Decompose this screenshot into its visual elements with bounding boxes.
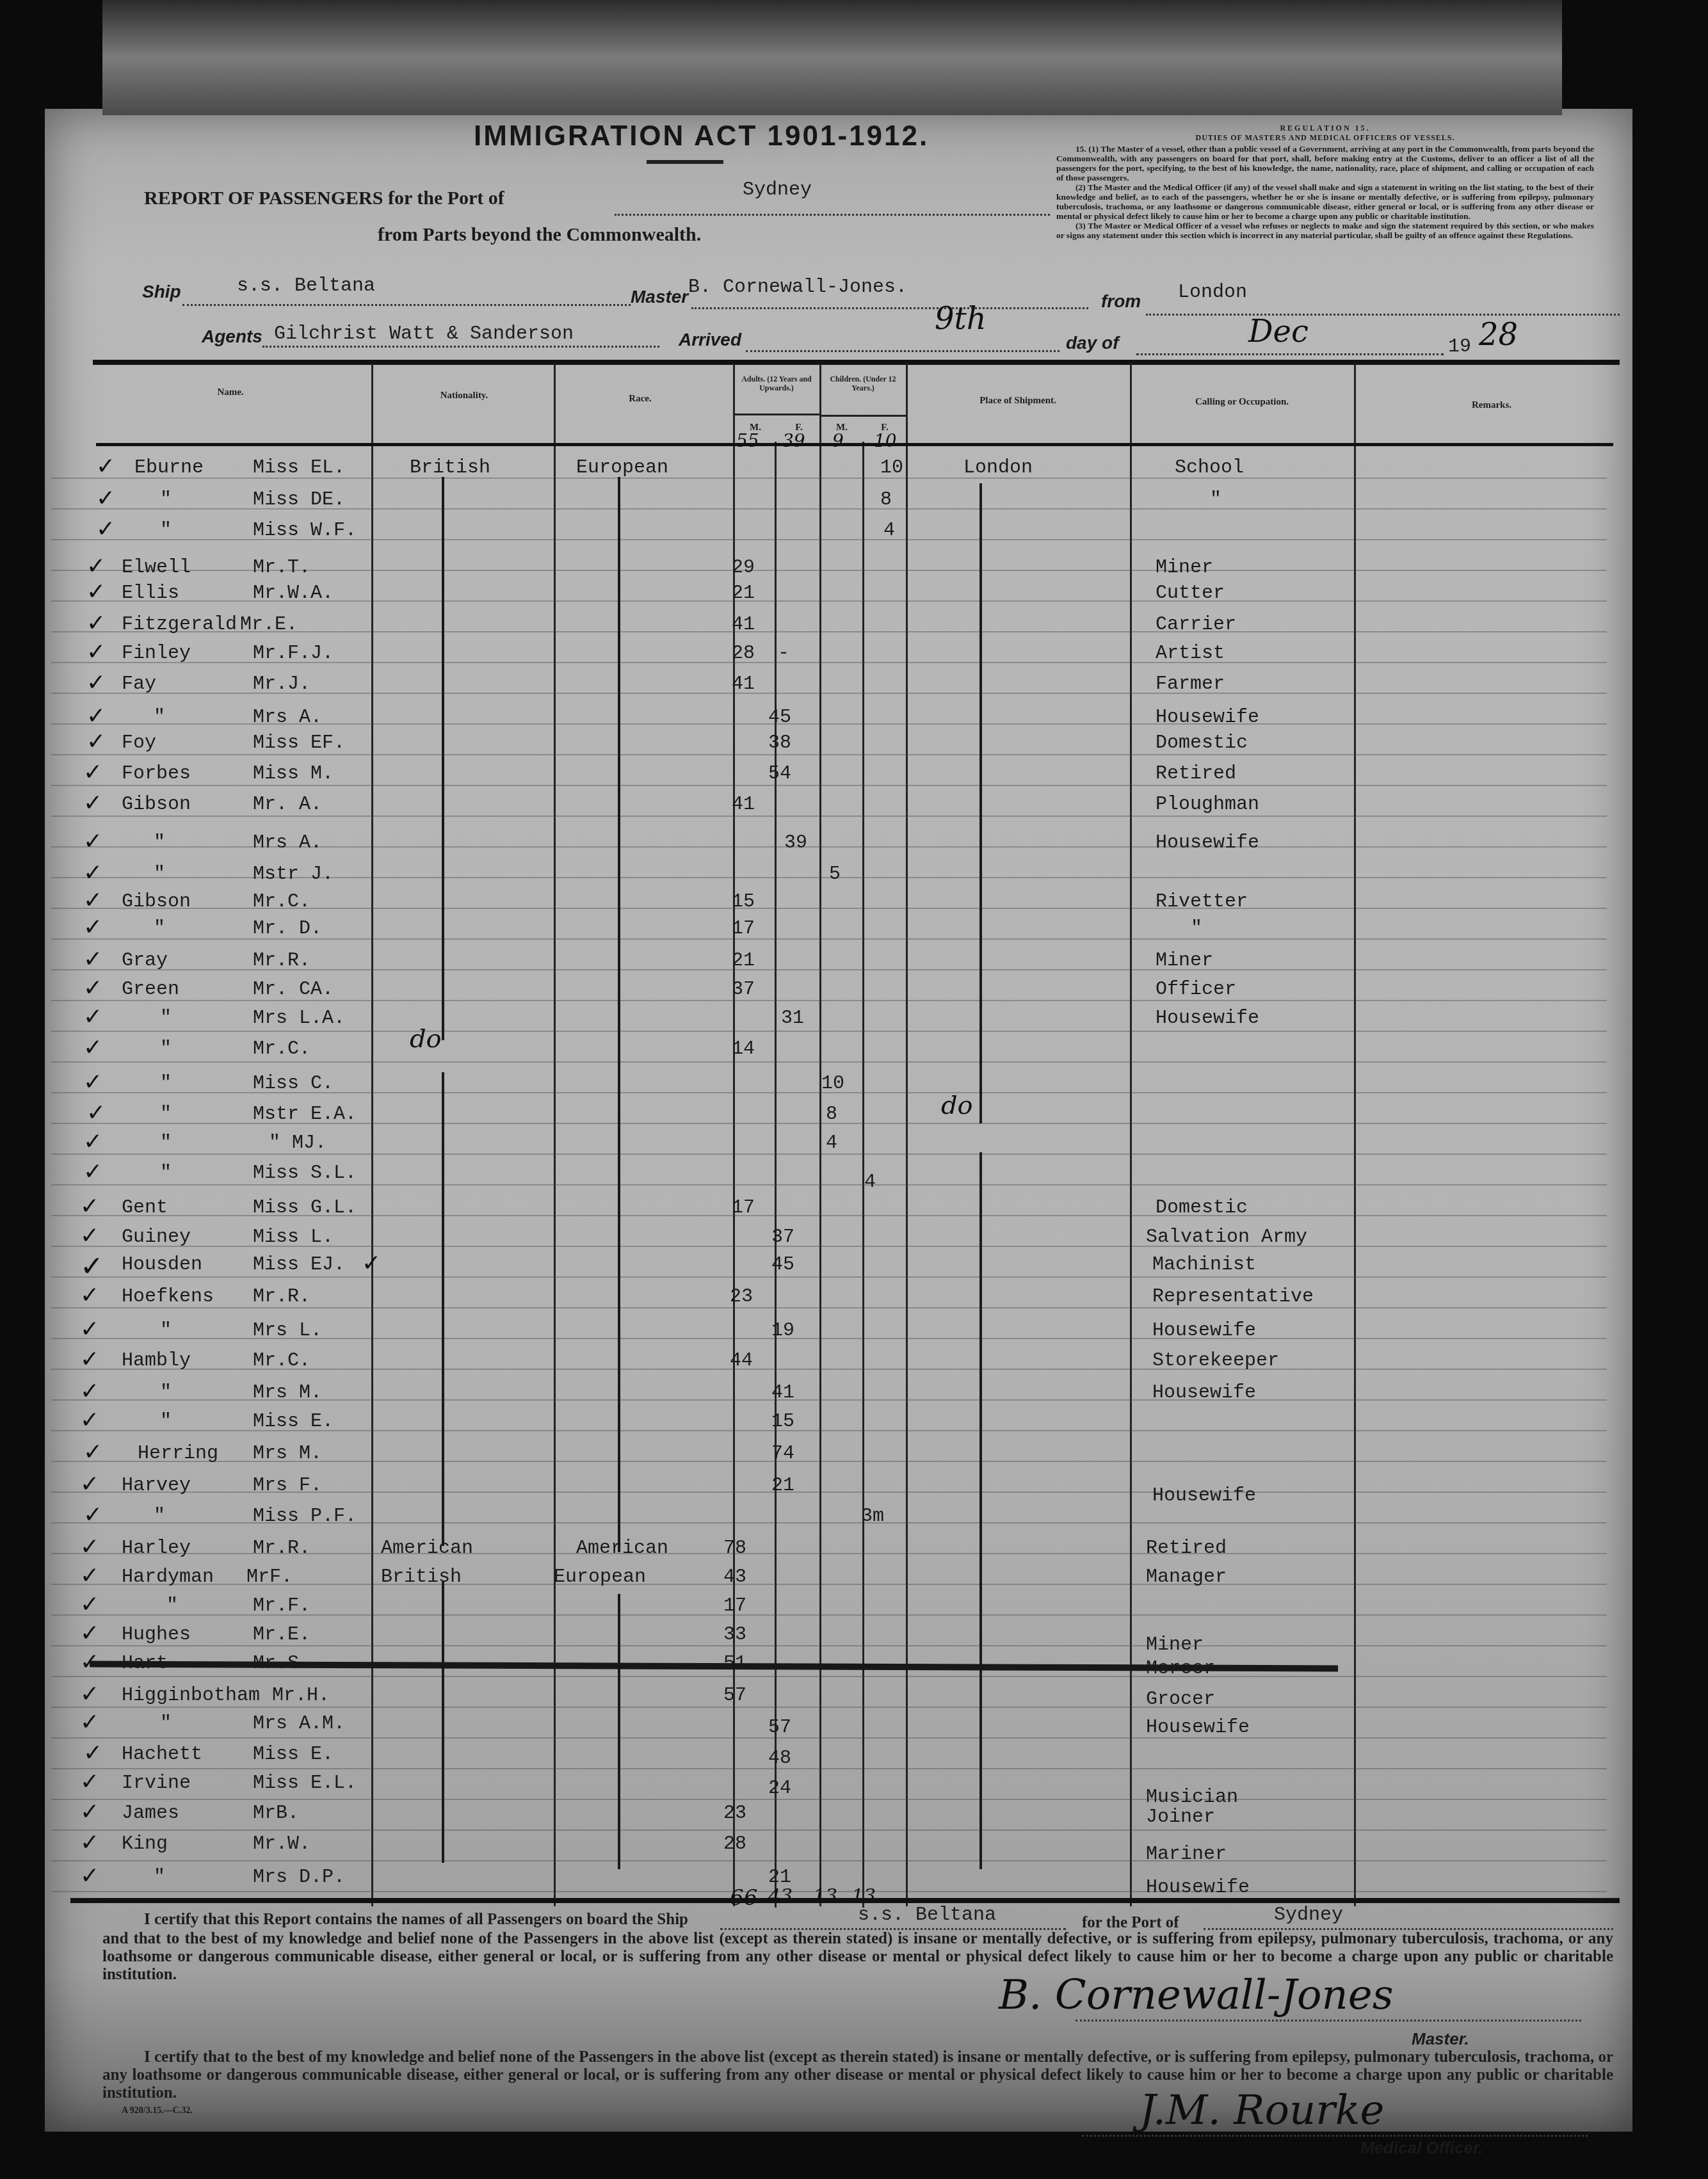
table-row: ✓GentMiss G.L.17Domestic [0,1194,1536,1225]
check-mark-icon: ✓ [80,1316,99,1342]
race: European [554,1566,646,1588]
nationality-ditto: do [410,1024,442,1054]
given-name: Mrs M. [253,1382,322,1404]
given-name: Miss DE. [253,489,345,511]
table-row: ✓HardymanMrF.BritishEuropean43Manager [0,1564,1536,1595]
surname: Higginbotham [122,1685,260,1707]
table-row: ✓EllisMr.W.A.21Cutter [0,580,1536,611]
occupation: Housewife [1156,832,1259,854]
check-mark-icon: ✓ [80,1378,99,1404]
occupation: Carrier [1156,614,1236,636]
adult-f: 31 [781,1008,804,1029]
table-row: ✓GibsonMr. A.41Ploughman [0,791,1536,822]
check-mark-icon: ✓ [86,639,106,665]
total-child-m: 13 [813,1885,837,1908]
table-row: ✓GibsonMr.C.15Rivetter [0,888,1536,919]
check-mark-icon: ✓ [80,1799,99,1825]
check-mark-icon: ✓ [86,553,106,579]
given-name: Mr.E. [253,1624,310,1646]
subheader-rule [96,443,1613,446]
table-bottom-rule [70,1898,1620,1903]
given-name: Mr.R. [253,950,310,972]
given-name: Mrs L. [253,1320,322,1342]
given-name: Mr.W.A. [253,583,334,604]
surname: " [160,1162,172,1184]
given-name: Mr. A. [253,794,322,816]
given-name: Mrs F. [253,1475,322,1497]
surname: " [166,1595,178,1617]
year-suffix: 28 [1479,317,1518,353]
check-mark-icon: ✓ [80,1709,99,1735]
table-row: ✓"Mr.F.17 [0,1593,1536,1623]
adult-m: 23 [723,1803,746,1824]
adult-m: 57 [723,1685,746,1707]
table-row: ✓FayMr.J.41Farmer [0,671,1536,702]
surname: Fay [122,673,156,695]
surname: " [160,1382,172,1404]
check-mark-icon: ✓ [86,728,106,755]
occupation: Housewife [1146,1877,1250,1899]
race: American [576,1538,668,1559]
given-name: Mstr E.A. [253,1104,357,1125]
occupation: Retired [1156,763,1236,785]
adult-m: 17 [732,918,755,940]
given-name: Mr. CA. [253,979,334,1001]
check-mark-icon: ✓ [83,1004,102,1030]
occupation: Salvation Army [1146,1226,1307,1248]
given-name: Mrs A. [253,832,322,854]
surname: Hardyman [122,1566,214,1588]
check-mark-icon: ✓ [80,1681,99,1707]
check-mark-icon: ✓ [80,1193,99,1219]
given-name: Miss E. [253,1744,334,1765]
table-row: ✓FitzgeraldMr.E.41Carrier [0,611,1536,642]
table-row: ✓HousdenMiss EJ.✓45Machinist [0,1251,1536,1282]
check-mark-icon: ✓ [83,1069,102,1095]
table-row: ✓IrvineMiss E.L.24Musician [0,1770,1536,1801]
table-row: ✓"Miss P.F.3m [0,1503,1536,1534]
occupation: Domestic [1156,732,1248,754]
surname: " [154,832,165,854]
surname: James [122,1803,179,1824]
total-adult-m: 66 [730,1885,757,1911]
surname: " [160,1320,172,1342]
regulation-box: REGULATION 15. DUTIES OF MASTERS AND MED… [1056,124,1594,240]
header-nationality: Nationality. [410,390,519,401]
occupation: Cutter [1156,583,1225,604]
race: European [576,457,668,479]
header-occupation: Calling or Occupation. [1159,397,1325,408]
adult-m: 41 [732,673,755,695]
occupation: Joiner [1146,1806,1215,1828]
surname: " [154,918,165,940]
surname: " [160,1008,172,1029]
surname: Gray [122,950,168,972]
table-row: ✓HarleyMr.R.AmericanAmerican78Retired [0,1535,1536,1566]
master-value: B. Cornewall-Jones. [688,277,907,298]
table-row: ✓"Miss S.L.4 [0,1160,1536,1191]
surname: Hambly [122,1350,191,1372]
check-mark-icon: ✓ [86,703,106,729]
surname: Eburne [134,457,204,479]
surname: Harvey [122,1475,191,1497]
agents-line [262,346,659,348]
check-mark-icon: ✓ [86,670,106,696]
total-adult-f: 43 [768,1885,793,1908]
occupation: Miner [1156,950,1213,972]
given-name: Miss C. [253,1073,334,1095]
adult-m: 28 [732,643,755,664]
surname: Ellis [122,583,179,604]
adult-f: 41 [771,1382,794,1404]
table-row: ✓GrayMr.R.21Miner [0,947,1536,978]
occupation: Machinist [1152,1254,1256,1276]
adult-f: 38 [768,732,791,754]
given-name: Miss EL. [253,457,345,479]
child-f: 4 [883,520,895,542]
table-row: ✓HoefkensMr.R.23Representative [0,1283,1536,1314]
occupation: Domestic [1156,1197,1248,1219]
surname: Gibson [122,891,191,913]
surname: " [154,1867,165,1888]
check-mark-icon: ✓ [83,790,102,816]
surname: " [160,1411,172,1433]
header-remarks: Remarks. [1453,400,1530,411]
table-row: ✓HarveyMrs F.21Housewife [0,1472,1536,1503]
port-value: Sydney [743,179,812,201]
master-signature-line [1076,2020,1581,2022]
adult-f: 45 [771,1254,794,1276]
occupation: Housewife [1156,707,1259,728]
table-row: ✓FoyMiss EF.38Domestic [0,730,1536,760]
occupation: Ploughman [1156,794,1259,816]
adult-m: 21 [732,583,755,604]
table-row: ✓"Mrs A.39Housewife [0,830,1536,860]
adult-m: 41 [732,614,755,636]
surname: " [160,1104,172,1125]
cert-port-value: Sydney [1274,1904,1343,1926]
adult-m: 28 [723,1833,746,1855]
surname: Irvine [122,1773,191,1794]
surname: Forbes [122,763,191,785]
adult-m: 78 [723,1538,746,1559]
check-mark-icon: ✓ [80,1223,99,1249]
arrived-label: Arrived [679,330,741,350]
table-row: ✓"Mr. D.17" [0,915,1536,946]
given-name: Mstr J. [253,864,334,885]
occupation: Grocer [1146,1689,1215,1710]
check-mark-icon: ✓ [83,1159,102,1185]
surname: Finley [122,643,191,664]
adult-m: 17 [723,1595,746,1617]
adult-m: 17 [732,1197,755,1219]
regulation-subheading: DUTIES OF MASTERS AND MEDICAL OFFICERS O… [1056,133,1594,143]
surname: " [160,1038,172,1060]
child-f: 8 [880,489,892,511]
adult-m: 33 [723,1624,746,1646]
occupation: Representative [1152,1286,1314,1308]
table-row: ✓"Mstr E.A.8do [0,1101,1536,1132]
report-heading: REPORT OF PASSENGERS for the Port of [144,188,504,209]
table-row: ✓"Mstr J.5 [0,861,1536,892]
adult-f: 39 [784,832,807,854]
given-name: Mrs D.P. [253,1867,345,1888]
adult-m: 37 [732,979,755,1001]
given-name: Mr.C. [253,1038,310,1060]
table-row: ✓ForbesMiss M.54Retired [0,760,1536,791]
given-name: Miss M. [253,763,334,785]
medical-officer-label: Medical Officer. [1360,2138,1483,2158]
folded-top-edge [102,0,1562,115]
surname: " [160,520,172,542]
check-mark-icon: ✓ [96,516,115,542]
given-name: Miss EJ. [253,1254,345,1276]
adult-m: 14 [732,1038,755,1060]
check-mark-icon: ✓ [83,887,102,913]
from-value: London [1178,282,1247,303]
check-mark-icon: ✓ [86,610,106,636]
table-row: ✓"" MJ.4 [0,1130,1536,1161]
agents-value: Gilchrist Watt & Sanderson [274,323,574,345]
given-name: Mr.T. [253,557,310,579]
check-mark-icon: ✓ [83,1439,102,1465]
table-row: ✓HamblyMr.C.44Storekeeper [0,1347,1536,1378]
table-row: ✓"Miss E.15 [0,1408,1536,1439]
given-name: Mr. D. [253,918,322,940]
surname: Housden [122,1254,202,1276]
act-title: IMMIGRATION ACT 1901-1912. [474,120,929,152]
ship-line [182,304,631,306]
form-number: A 920/3.15.—C.32. [122,2106,193,2116]
header-place-of-shipment: Place of Shipment. [947,396,1088,406]
nationality: British [410,457,490,479]
year-prefix: 19 [1448,336,1471,358]
medical-cert-body: I certify that to the best of my knowled… [102,2048,1613,2102]
table-row: ✓JamesMrB.23Joiner [0,1800,1536,1831]
report-subheading: from Parts beyond the Commonwealth. [378,224,701,246]
check-mark-icon: ✓ [80,1863,99,1889]
occupation: Housewife [1146,1717,1250,1739]
child-m: 5 [829,864,841,885]
check-mark-icon: ✓ [86,579,106,605]
nationality: British [381,1566,462,1588]
occupation: Manager [1146,1566,1227,1588]
table-row: ✓KingMr.W.28Mariner [0,1831,1536,1861]
master-label: Master [631,287,688,307]
occupation: Miner [1156,557,1213,579]
given-name: Mr.R. [253,1286,310,1308]
table-row: ✓"Mrs M.41Housewife [0,1379,1536,1410]
given-name: Mr.W. [253,1833,310,1855]
agents-label: Agents [202,326,262,347]
surname: Hoefkens [122,1286,214,1308]
master-label: Master. [1412,2029,1469,2049]
child-m: 4 [826,1132,837,1154]
place: London [963,457,1033,479]
child-m: 10 [821,1073,844,1095]
adult-m: 15 [732,891,755,913]
table-row: ✓FinleyMr.F.J.28-Artist [0,640,1536,671]
from-line [1146,314,1620,316]
table-row: ✓"Miss C.10 [0,1070,1536,1101]
adult-f: 37 [771,1226,794,1248]
table-row: ✓EburneMiss EL.BritishEuropean10LondonSc… [0,454,1536,485]
check-mark-icon: ✓ [83,828,102,855]
surname: " [160,1132,172,1154]
table-row: ✓HachettMiss E.48 [0,1741,1536,1772]
surname: Hughes [122,1624,191,1646]
ship-value: s.s. Beltana [237,275,375,297]
occupation: Farmer [1156,673,1225,695]
given-name: Miss E. [253,1411,334,1433]
given-name: Mr.C. [253,891,310,913]
surname: " [154,864,165,885]
arrived-day: 9th [935,301,987,337]
occupation: " [1191,918,1202,940]
given-name: Mr.E. [240,614,298,636]
check-mark-icon: ✓ [83,946,102,972]
adult-f: 48 [768,1748,791,1769]
occupation: School [1175,457,1244,479]
header-children: Children. (Under 12 Years.) [821,374,905,392]
month-line [1136,353,1444,355]
table-row: ✓"Mrs L.19Housewife [0,1317,1536,1348]
adult-m: 29 [732,557,755,579]
from-label: from [1101,291,1141,312]
check-mark-icon: ✓ [80,1282,99,1308]
given-name: Miss EF. [253,732,345,754]
given-name: Mrs A.M. [253,1713,345,1735]
check-mark-icon: ✓ [86,1100,106,1126]
adult-f: 54 [768,763,791,785]
regulation-para-1: 15. (1) The Master of a vessel, other th… [1056,144,1594,182]
adult-f: 74 [771,1443,794,1465]
cert-port-label: for the Port of [1082,1914,1179,1932]
check-mark-icon: ✓ [80,1346,99,1372]
check-mark-icon: ✓ [83,1502,102,1528]
child-m: 8 [826,1104,837,1125]
given-name: Miss P.F. [253,1506,357,1527]
regulation-para-3: (3) The Master or Medical Officer of a v… [1056,221,1594,240]
occupation: Officer [1156,979,1236,1001]
child-f: 3m [861,1506,884,1527]
given-name: Mrs L.A. [253,1008,345,1029]
cert-ship-value: s.s. Beltana [858,1904,996,1926]
check-mark-icon: ✓ [80,1591,99,1618]
medical-signature-line [1082,2135,1588,2137]
surname: " [154,1506,165,1527]
occupation: Housewife [1156,1008,1259,1029]
given-name: Mr.F.J. [253,643,334,664]
adults-subrule [735,414,819,415]
regulation-heading: REGULATION 15. [1056,124,1594,133]
master-line [691,307,1088,309]
check-mark-icon: ✓ [83,860,102,886]
check-mark-icon: ✓ [80,1620,99,1646]
given-name: Mrs M. [253,1443,322,1465]
check-mark-icon: ✓ [80,1250,104,1283]
given-name: MrF. [246,1566,293,1588]
given-name: Mr.R. [253,1538,310,1559]
adult-m: 44 [730,1350,753,1372]
surname: Herring [138,1443,218,1465]
check-mark-icon: ✓ [96,485,115,511]
adult-f: - [778,643,789,664]
given-name: Mrs A. [253,707,322,728]
given-name: Mr.F. [253,1595,310,1617]
given-name: Miss W.F. [253,520,357,542]
medical-signature: J.M. Rourke [1140,2087,1384,2134]
table-row: ✓GuineyMiss L.37Salvation Army [0,1224,1536,1255]
check-mark-icon: ✓ [83,1034,102,1061]
adult-f: 21 [771,1475,794,1497]
surname: Elwell [122,557,191,579]
surname: King [122,1833,168,1855]
occupation: Rivetter [1156,891,1248,913]
surname: Green [122,979,179,1001]
adult-m: 43 [723,1566,746,1588]
surname: " [160,1713,172,1735]
check-mark-icon: ✓ [83,914,102,940]
occupation: Mariner [1146,1844,1227,1865]
surname: Hachett [122,1744,202,1765]
check-mark-icon: ✓ [83,975,102,1001]
table-row: ✓GreenMr. CA.37Officer [0,976,1536,1007]
given-name: Miss S.L. [253,1162,357,1184]
surname: Foy [122,732,156,754]
adult-f: 45 [768,707,791,728]
check-mark-icon: ✓ [80,1534,99,1560]
table-row: ✓HerringMrs M.74 [0,1440,1536,1471]
regulation-para-2: (2) The Master and the Medical Officer (… [1056,182,1594,221]
day-of-label: day of [1066,333,1118,353]
surname: Gent [122,1197,168,1219]
surname: " [160,489,172,511]
check-mark-icon: ✓ [83,1740,102,1766]
title-rule [647,160,723,164]
check-mark-icon: ✓ [80,1471,99,1497]
occupation: Housewife [1152,1382,1256,1404]
occupation: Artist [1156,643,1225,664]
table-row: ✓"Mrs A.M.57Housewife [0,1710,1536,1741]
given-name: Miss E.L. [253,1773,357,1794]
arrived-month: Dec [1248,314,1309,350]
table-row: ✓"Mr.C.do14 [0,1036,1536,1066]
check-mark-icon: ✓ [80,1829,99,1856]
place-ditto: do [941,1091,973,1120]
given-name: MrB. [253,1803,299,1824]
given-name: Miss G.L. [253,1197,357,1219]
adult-m: 23 [730,1286,753,1308]
table-row: ✓"Miss DE.8" [0,486,1536,517]
occupation: Retired [1146,1538,1227,1559]
adult-f: 19 [771,1320,794,1342]
table-row: ✓HigginbothamMr.H.57Grocer [0,1682,1536,1713]
check-mark-icon: ✓ [80,1407,99,1433]
given-name: Mr.H. [272,1685,330,1707]
children-subrule [821,415,906,417]
surname: Harley [122,1538,191,1559]
child-f: 10 [880,457,903,479]
table-row: ✓"Mrs L.A.31Housewife [0,1005,1536,1036]
nationality: American [381,1538,473,1559]
surname: Gibson [122,794,191,816]
occupation: " [1210,489,1221,511]
adult-f: 57 [768,1717,791,1739]
check-mark-icon: ✓ [83,1129,102,1155]
nationality-check-icon: ✓ [362,1250,381,1276]
adult-f: 15 [771,1411,794,1433]
